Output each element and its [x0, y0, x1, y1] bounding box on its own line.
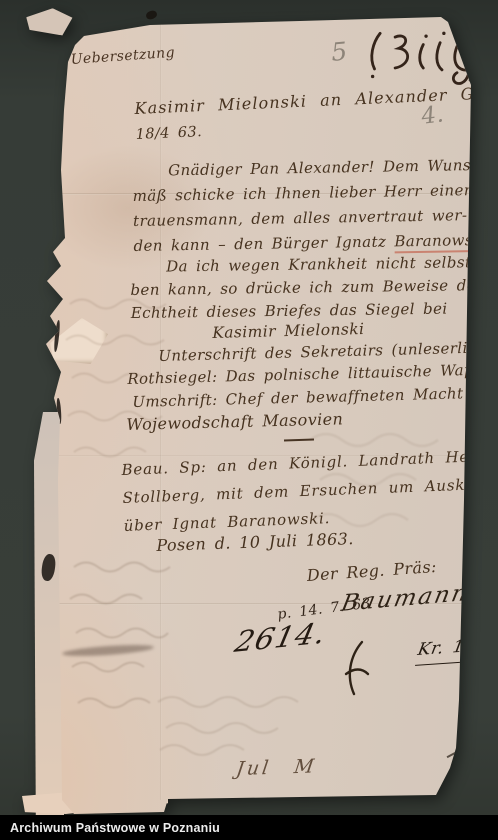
underlined-name: Baranowski. — [394, 231, 493, 254]
document-page: Uebersetzung 5 Kasimir Mielonski an Alex… — [0, 0, 498, 840]
bleedthrough-texture — [150, 688, 380, 758]
pencil-number-top: 5 — [330, 37, 348, 67]
arabic-scribble-annotation — [352, 20, 498, 86]
archive-name: Archiwum Państwowe w Poznaniu — [0, 821, 220, 835]
archive-caption-bar: Archiwum Państwowe w Poznaniu — [0, 815, 498, 840]
registry-number: 2614. — [233, 621, 329, 655]
bottom-initials: Jul M — [234, 754, 318, 782]
torn-corner-fragment — [25, 6, 73, 37]
archive-scan: Uebersetzung 5 Kasimir Mielonski an Alex… — [0, 0, 498, 840]
ink-blot — [453, 756, 468, 774]
ink-blot-tail — [447, 748, 464, 758]
body-line-text: den kann – den Bürger Ignatz — [133, 232, 394, 255]
pencil-number-side: 4. — [420, 101, 445, 129]
paper-stack: Uebersetzung 5 Kasimir Mielonski an Alex… — [0, 0, 498, 840]
pen-flourish — [338, 640, 372, 698]
clerk-initials-mark: Kr. 12. — [415, 634, 484, 666]
president-line: Der Reg. Präs: — [306, 554, 438, 588]
